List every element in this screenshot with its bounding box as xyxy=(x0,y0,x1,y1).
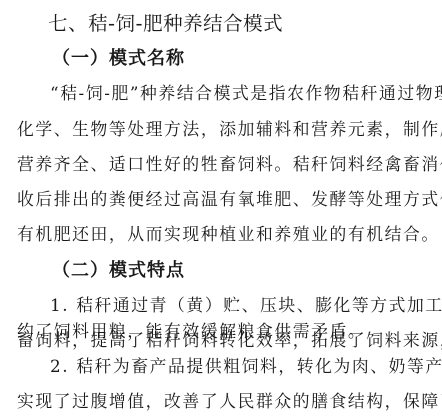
paragraph-line: 化学、生物等处理方法，添加辅料和营养元素，制作成为 xyxy=(17,116,442,140)
paragraph-line: 实现了过腹增值，改善了人民群众的膳食结构，保障了市 xyxy=(17,388,442,412)
paragraph-line: 营养齐全、适口性好的牲畜饲料。秸秆饲料经禽畜消化吸 xyxy=(17,151,442,175)
paragraph-line: 有机肥还田，从而实现种植业和养殖业的有机结合。 xyxy=(17,221,440,245)
subsection-heading: （二）模式特点 xyxy=(52,256,185,282)
paragraph-line: 收后排出的粪便经过高温有氧堆肥、发酵等处理方式作为 xyxy=(17,186,442,210)
subsection-heading: （一）模式名称 xyxy=(52,44,185,70)
paragraph-line: 2. 秸秆为畜产品提供粗饲料，转化为肉、奶等产品， xyxy=(50,353,442,377)
paragraph-line: “秸-饲-肥”种养结合模式是指农作物秸秆通过物理、 xyxy=(50,80,442,104)
paragraph-line: 1. 秸秆通过青（黄）贮、压块、膨化等方式加工成牲 xyxy=(50,292,442,316)
section-title: 七、秸-饲-肥种养结合模式 xyxy=(48,8,283,36)
paragraph-line: 约了饲料用粮，能有效缓解粮食供需矛盾。 xyxy=(17,318,366,342)
